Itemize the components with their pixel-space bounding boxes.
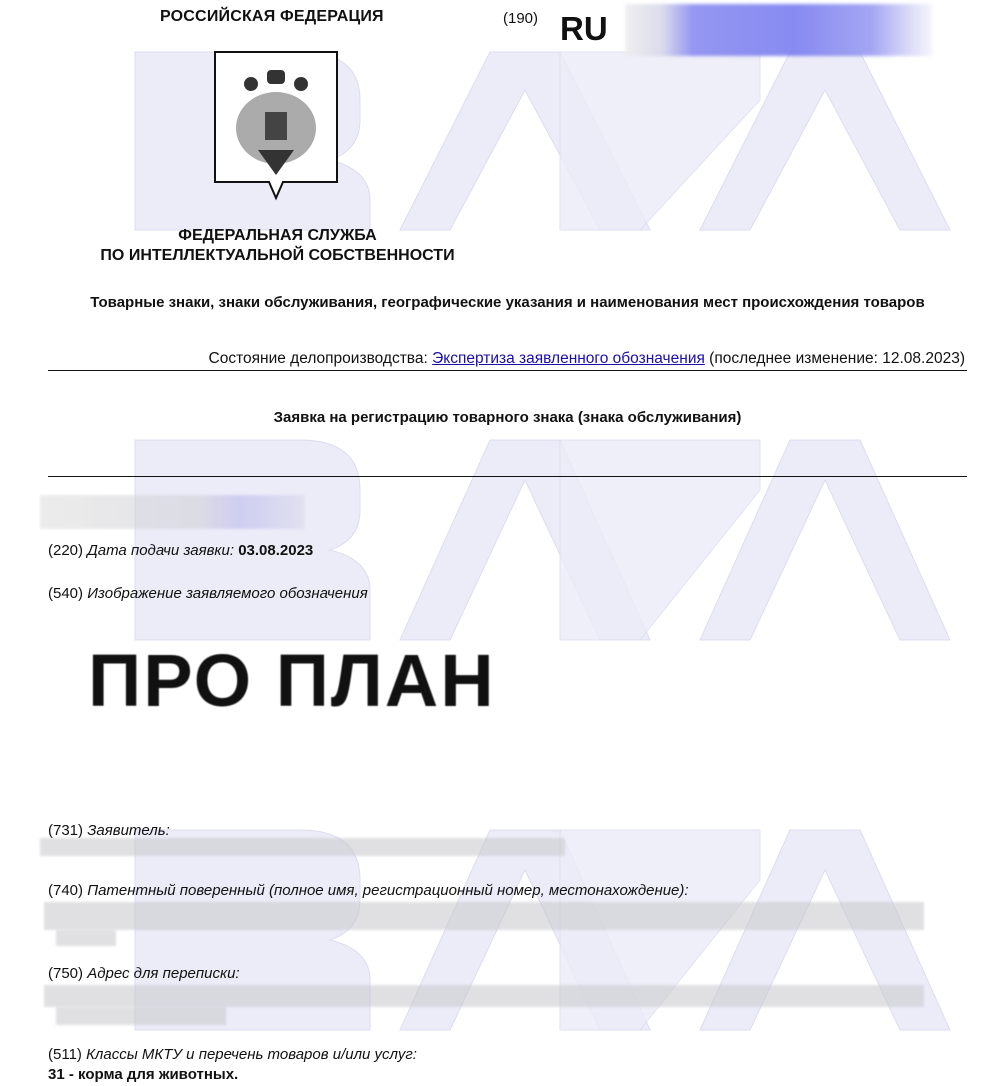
case-status: Состояние делопроизводства: Экспертиза з… — [50, 350, 965, 368]
field-label: Адрес для переписки: — [87, 965, 239, 982]
divider — [48, 370, 967, 371]
divider — [48, 476, 967, 477]
inid-code: (750) — [48, 965, 83, 982]
inid-code: (220) — [48, 542, 83, 559]
redacted-application-number — [40, 495, 305, 529]
trademark-image: ПРО ПЛАН — [88, 644, 496, 718]
redacted-patent-attorney — [44, 902, 924, 930]
field-511: (511) Классы МКТУ и перечень товаров и/и… — [48, 1046, 417, 1063]
filing-date: 03.08.2023 — [238, 542, 313, 559]
country-code: RU — [560, 12, 608, 45]
redacted-correspondence-address-line2 — [56, 1007, 226, 1025]
field-750: (750) Адрес для переписки: — [48, 965, 240, 982]
field-label: Дата подачи заявки: — [87, 542, 234, 559]
field-220: (220) Дата подачи заявки: 03.08.2023 — [48, 542, 313, 559]
inid-code: (511) — [48, 1046, 82, 1063]
field-label: Заявитель: — [87, 822, 170, 839]
field-label: Изображение заявляемого обозначения — [87, 585, 368, 602]
nice-classes: 31 - корма для животных. — [48, 1066, 238, 1083]
field-731: (731) Заявитель: — [48, 822, 170, 839]
inid-190: (190) — [503, 10, 538, 27]
field-740: (740) Патентный поверенный (полное имя, … — [48, 882, 689, 899]
redacted-applicant — [40, 838, 565, 856]
inid-code: (540) — [48, 585, 83, 602]
agency-line-2: ПО ИНТЕЛЛЕКТУАЛЬНОЙ СОБСТВЕННОСТИ — [80, 246, 475, 266]
status-label: Состояние делопроизводства: — [209, 350, 433, 367]
agency-line-1: ФЕДЕРАЛЬНАЯ СЛУЖБА — [80, 226, 475, 246]
inid-code: (740) — [48, 882, 83, 899]
redacted-correspondence-address — [44, 985, 924, 1007]
field-540: (540) Изображение заявляемого обозначени… — [48, 585, 368, 602]
field-label: Патентный поверенный (полное имя, регист… — [87, 882, 688, 899]
redacted-patent-attorney-line2 — [56, 930, 116, 946]
section-title: Товарные знаки, знаки обслуживания, геог… — [50, 293, 965, 313]
field-label: Классы МКТУ и перечень товаров и/или усл… — [86, 1046, 417, 1063]
application-title: Заявка на регистрацию товарного знака (з… — [50, 409, 965, 426]
coat-of-arms-icon — [213, 50, 339, 202]
country-name: РОССИЙСКАЯ ФЕДЕРАЦИЯ — [160, 8, 384, 26]
status-suffix: (последнее изменение: 12.08.2023) — [705, 350, 965, 367]
redacted-registration-number — [625, 4, 933, 56]
agency-name: ФЕДЕРАЛЬНАЯ СЛУЖБА ПО ИНТЕЛЛЕКТУАЛЬНОЙ С… — [80, 226, 475, 266]
status-link[interactable]: Экспертиза заявленного обозначения — [432, 350, 705, 367]
inid-code: (731) — [48, 822, 83, 839]
